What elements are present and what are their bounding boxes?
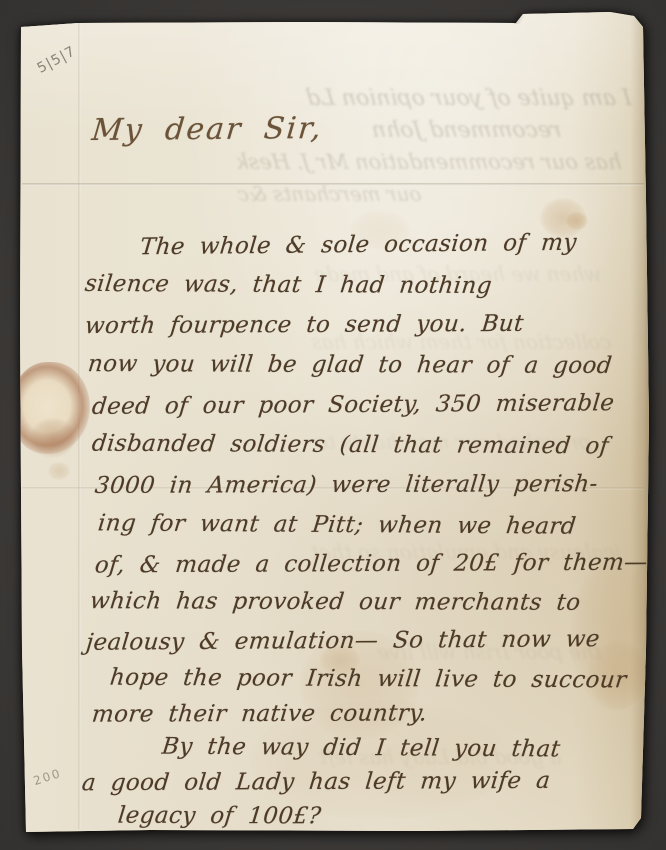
handwritten-line: worth fourpence to send you. But — [84, 311, 525, 339]
handwritten-line: disbanded soldiers (all that remained of — [91, 431, 611, 460]
handwritten-line: 3000 in America) were literally perish- — [94, 471, 599, 499]
bleedthrough-line: has our recommendation Mr J. Hesk — [234, 150, 622, 174]
handwritten-line: The whole & sole occasion of my — [139, 230, 578, 261]
handwritten-line: a good old Lady has left my wife a — [81, 768, 552, 796]
handwritten-line: legacy of 100£? — [117, 803, 323, 830]
wax-stain-rim — [30, 418, 76, 458]
corner-fold-shadow — [514, 13, 526, 24]
handwritten-line: which has provoked our merchants to — [89, 588, 582, 616]
bleedthrough-line: I am quite of your opinion Ld — [305, 86, 633, 111]
salutation: My dear Sir, — [90, 111, 324, 148]
handwritten-line: deed of our poor Society, 350 miserable — [91, 390, 616, 420]
handwritten-line: now you will be glad to hear of a good — [87, 351, 614, 379]
handwritten-line: of, & made a collection of 20£ for them— — [94, 550, 649, 579]
archival-shelfmark-pencil: 5|5|7 — [35, 43, 79, 76]
bleedthrough-line: our merchants &c — [236, 182, 422, 206]
paper-shadow: I am quite of your opinion Ldrecommend J… — [0, 0, 666, 850]
bleedthrough-line: recommend John — [371, 118, 563, 143]
handwritten-line: By the way did I tell you that — [161, 734, 562, 763]
handwritten-line: hope the poor Irish will live to succour — [109, 665, 628, 694]
archival-number-pencil: 200 — [32, 766, 64, 788]
handwritten-line: ing for want at Pitt; when we heard — [97, 510, 578, 539]
foxing-spot — [48, 462, 70, 480]
handwritten-line: more their native country. — [91, 700, 429, 727]
handwritten-line: silence was, that I had nothing — [84, 271, 494, 299]
letter-paper: I am quite of your opinion Ldrecommend J… — [0, 0, 666, 850]
page-edge-shading — [630, 12, 652, 832]
scanned-letter-page: I am quite of your opinion Ldrecommend J… — [0, 0, 666, 850]
handwritten-line: jealousy & emulation— So that now we — [85, 626, 601, 656]
foxing-spot — [566, 212, 588, 230]
